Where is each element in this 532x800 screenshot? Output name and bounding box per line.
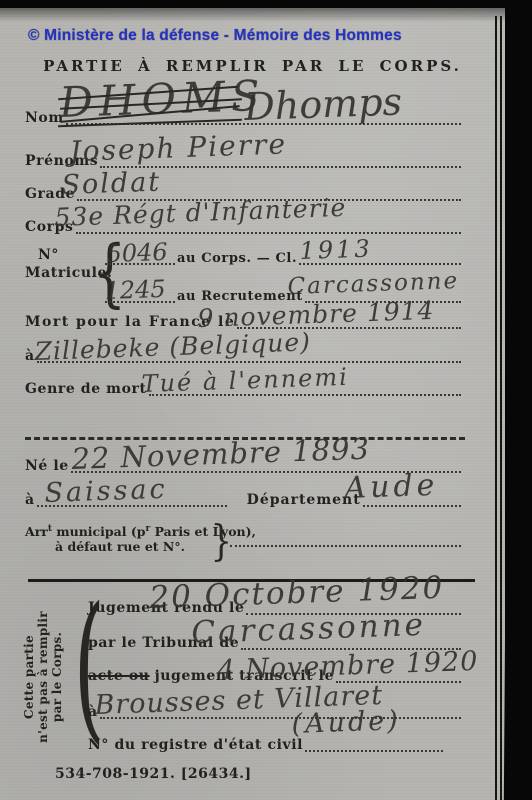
dotted-line xyxy=(230,543,461,547)
document-scan-viewport: © Ministère de la défense - Mémoire des … xyxy=(0,0,532,800)
grade-handwriting: Soldat xyxy=(61,169,162,199)
arrondissement-label-line2: à défaut rue et N°. xyxy=(55,539,185,554)
side-note-rotated: Cette partie n'est pas à remplir par le … xyxy=(23,591,67,763)
copyright-watermark: © Ministère de la défense - Mémoire des … xyxy=(28,27,402,45)
matricule-no-label: N° xyxy=(38,248,59,263)
nom-handwriting: Dhomps xyxy=(244,83,403,126)
card-edge-rule xyxy=(495,16,497,800)
jugement-lieu-suffix-handwriting: (Aude) xyxy=(291,707,401,738)
lieu-naissance-label: à xyxy=(25,493,35,508)
dotted-line xyxy=(305,748,443,752)
matricule-corps-handwriting: 5046 xyxy=(106,240,168,266)
lieu-naissance-handwriting: Saissac xyxy=(44,476,168,507)
prenoms-handwriting: Joseph Pierre xyxy=(69,130,287,166)
lieu-mort-label: à xyxy=(25,349,35,364)
dotted-line xyxy=(76,230,461,234)
ne-le-label: Né le xyxy=(25,459,69,474)
classe-handwriting: 1913 xyxy=(299,236,373,263)
matricule-recrutement-handwriting: 1245 xyxy=(104,277,166,303)
au-corps-label: au Corps. — Cl. xyxy=(177,252,297,266)
side-note-line: n'est pas à remplir xyxy=(37,591,51,763)
side-note-line: Cette partie xyxy=(23,591,37,763)
departement-label: Département xyxy=(247,493,361,508)
imprint-reference: 534-708-1921. [26434.] xyxy=(55,766,252,782)
tribunal-handwriting: Carcassonne xyxy=(191,610,427,649)
record-card: © Ministère de la défense - Mémoire des … xyxy=(0,8,505,800)
nom-label: Nom xyxy=(25,111,64,126)
side-note-line: par le Corps. xyxy=(51,591,65,763)
field-arrondissement-line xyxy=(228,530,463,548)
departement-handwriting: Aude xyxy=(344,471,439,504)
transcrit-struck-label: acte ou xyxy=(88,669,150,684)
genre-mort-handwriting: Tué à l'ennemi xyxy=(141,365,349,396)
recrutement-lieu-handwriting: Carcassonne xyxy=(287,270,459,299)
card-edge-rule xyxy=(500,16,502,800)
registre-label: N° du registre d'état civil xyxy=(88,738,303,753)
field-registre: N° du registre d'état civil xyxy=(88,735,445,753)
genre-mort-label: Genre de mort xyxy=(25,382,147,397)
